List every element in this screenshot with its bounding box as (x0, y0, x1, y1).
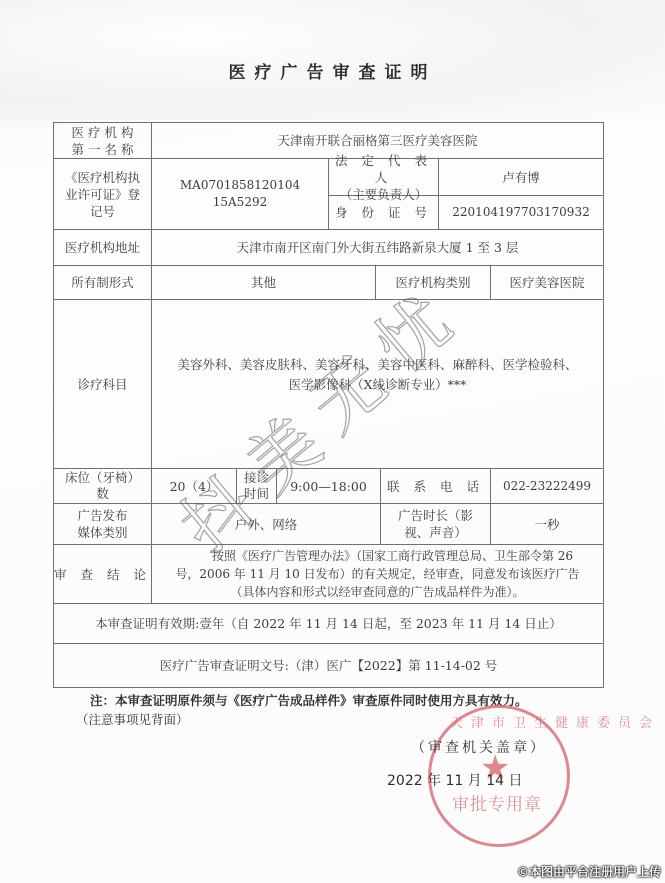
page-title: 医疗广告审查证明 (0, 58, 665, 83)
institution-name-label: 医 疗 机 构 第 一 名 称 (54, 123, 151, 158)
conclusion-line: （具体内容和形式以经审查同意的广告成品样件为准）。 (230, 583, 524, 601)
conclusion-line: 按照《医疗广告管理办法》（国家工商行政管理总局、卫生部令第 26 (182, 547, 573, 565)
ownership-value: 其他 (152, 266, 375, 299)
category-label: 医疗机构类别 (376, 266, 490, 299)
media-value: 户外、网络 (152, 504, 380, 544)
seal-center-text: 审批专用章 (452, 790, 542, 815)
label-line: 床位（牙椅） (65, 470, 140, 486)
label-line: 《医疗机构执 (65, 169, 140, 186)
note-see-back: （注意事项见背面） (76, 710, 189, 728)
hours-value: 9:00—18:00 (277, 469, 380, 503)
duration-value: 一秒 (491, 504, 603, 544)
label-line: 医 疗 机 构 (72, 124, 134, 141)
seal-arc-text: 天津市卫生健康委员会 (450, 712, 660, 731)
label-line: 广告发布 (77, 507, 127, 524)
license-number-value: MA0701858120104 15A5292 (152, 159, 328, 229)
validity-period: 本审查证明有效期:壹年（自 2022 年 11 月 14 日起，至 2023 年… (54, 604, 603, 643)
departments-line: 美容外科、美容皮肤科、美容牙科、美容中医科、麻醉科、医学检验科、 (177, 355, 577, 375)
label-line: 时间 (244, 486, 269, 502)
stamp-label: （审查机关盖章） (411, 737, 547, 757)
address-label: 医疗机构地址 (54, 230, 151, 265)
label-line: 记号 (90, 203, 115, 220)
label-line: 视、声音） (404, 524, 467, 541)
id-label: 身 份 证 号 (329, 196, 438, 229)
label-line: 业许可证》登 (65, 186, 140, 203)
conclusion-value: 按照《医疗广告管理办法》（国家工商行政管理总局、卫生部令第 26 号，2006 … (152, 545, 603, 603)
category-value: 医疗美容医院 (491, 266, 603, 299)
beds-value: 20（4） (152, 469, 236, 503)
ownership-label: 所有制形式 (54, 266, 151, 299)
label-line: 媒体类别 (77, 524, 127, 541)
label-line: 第 一 名 称 (72, 141, 134, 158)
departments-value: 美容外科、美容皮肤科、美容牙科、美容中医科、麻醉科、医学检验科、 医学影像科（X… (152, 300, 603, 450)
departments-label: 诊疗科目 (54, 300, 151, 468)
label-line: 接诊 (244, 470, 269, 486)
conclusion-label: 审 查 结 论 (54, 545, 151, 603)
upload-credit: ©本图由平台注册用户上传 (517, 863, 661, 880)
legal-rep-value: 卢有博 (439, 159, 603, 195)
conclusion-line: 号，2006 年 11 月 10 日发布）的有关规定，经审查，同意发布该医疗广告 (175, 565, 579, 583)
beds-label: 床位（牙椅） 数 (54, 469, 151, 503)
table-border-bottom (53, 687, 604, 688)
departments-line: 医学影像科（X线诊断专业）*** (289, 375, 467, 395)
address-value: 天津市南开区南门外大街五纬路新泉大厦 1 至 3 层 (152, 230, 603, 265)
certificate-page: 医疗广告审查证明 医 疗 机 构 第 一 名 称 天津南开联合丽格第三医疗美容医… (0, 0, 665, 883)
stamp-date: 2022 年 11 月 14 日 (387, 770, 523, 790)
hours-label: 接诊 时间 (237, 469, 276, 503)
license-label: 《医疗机构执 业许可证》登 记号 (54, 159, 151, 229)
label-line: 广告时长（影 (398, 507, 473, 524)
label-line: 数 (96, 486, 109, 502)
phone-label: 联 系 电 话 (381, 469, 490, 503)
duration-label: 广告时长（影 视、声音） (381, 504, 490, 544)
label-line: 法 定 代 表 人 (329, 152, 438, 186)
id-number-value: 220104197703170932 (439, 196, 603, 229)
approval-number: 医疗广告审查证明文号:（津）医广【2022】第 11-14-02 号 (54, 644, 603, 687)
note-validity: 注：本审查证明原件须与《医疗广告成品样件》审查原件同时使用方具有效力。 (90, 691, 528, 709)
phone-value: 022-23222499 (491, 469, 603, 503)
legal-rep-label: 法 定 代 表 人 （主要负责人） (329, 159, 438, 195)
media-label: 广告发布 媒体类别 (54, 504, 151, 544)
